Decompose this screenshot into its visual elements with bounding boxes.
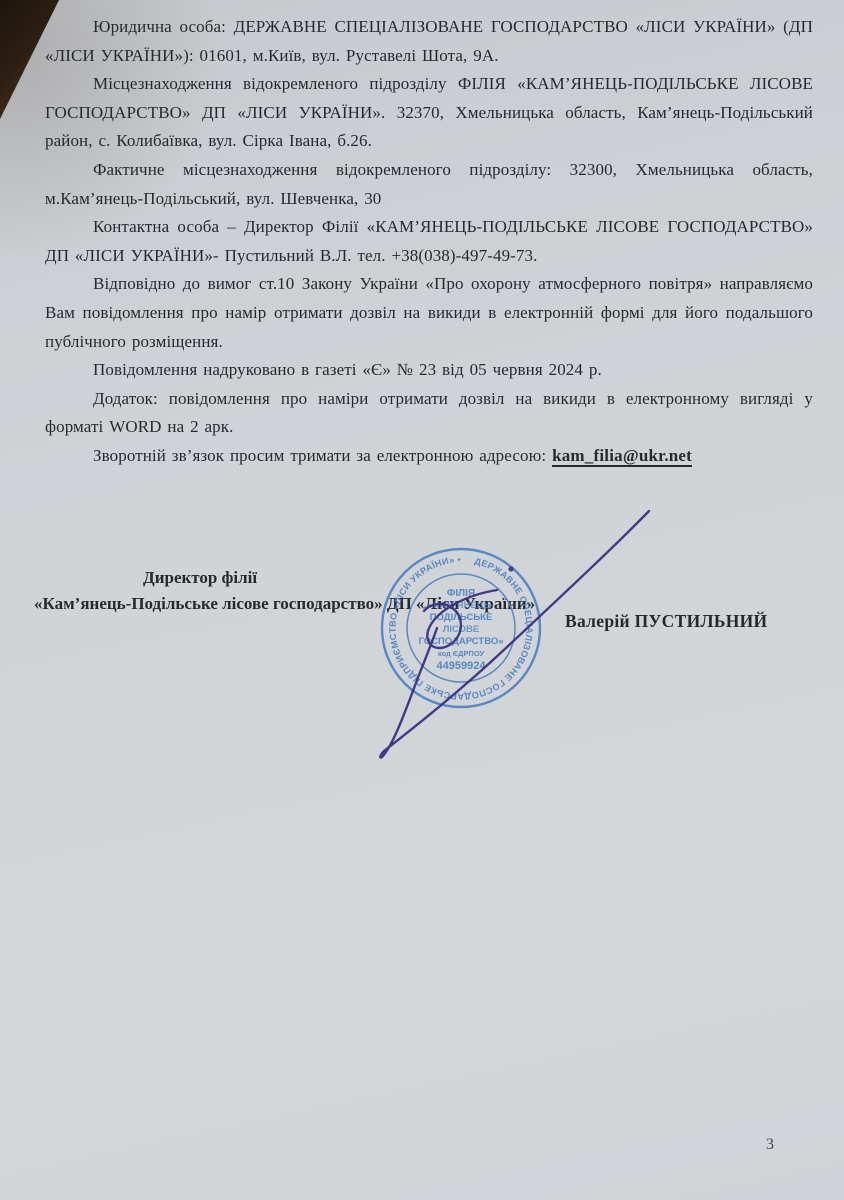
feedback-text: Зворотній зв’язок просим тримати за елек… bbox=[93, 446, 552, 465]
document-photo: Юридична особа: ДЕРЖАВНЕ СПЕЦІАЛІЗОВАНЕ … bbox=[0, 0, 844, 1200]
paragraph-newspaper-notice: Повідомлення надруковано в газеті «Є» № … bbox=[45, 356, 813, 385]
stamp-center-line: ФІЛІЯ bbox=[447, 588, 475, 599]
paragraph-legal-entity: Юридична особа: ДЕРЖАВНЕ СПЕЦІАЛІЗОВАНЕ … bbox=[45, 13, 813, 70]
page-number: 3 bbox=[766, 1136, 774, 1154]
paragraph-branch-location: Місцезнаходження відокремленого підрозді… bbox=[45, 70, 813, 156]
paragraph-attachment: Додаток: повідомлення про наміри отримат… bbox=[45, 385, 813, 442]
stamp-edrpou-number: 44959924 bbox=[437, 660, 487, 672]
stamp-center-line: ПОДІЛЬСЬКЕ bbox=[430, 612, 493, 623]
stamp-edrpou-label: код ЄДРПОУ bbox=[438, 649, 485, 658]
signer-name: Валерій ПУСТИЛЬНИЙ bbox=[565, 611, 767, 632]
paragraph-actual-location: Фактичне місцезнаходження відокремленого… bbox=[45, 156, 813, 213]
stamp-center-line: ЛІСОВЕ bbox=[443, 624, 480, 635]
paragraph-law-reference: Відповідно до вимог ст.10 Закону України… bbox=[45, 270, 813, 356]
document-body: Юридична особа: ДЕРЖАВНЕ СПЕЦІАЛІЗОВАНЕ … bbox=[45, 13, 813, 471]
stamp-center-line: «КАМ’ЯНЕЦЬ- bbox=[428, 600, 493, 611]
email-address: kam_filia@ukr.net bbox=[552, 446, 692, 467]
official-stamp: ДЕРЖАВНЕ СПЕЦІАЛІЗОВАНЕ ГОСПОДАРСЬКЕ ПІД… bbox=[376, 543, 546, 713]
stamp-center-line: ГОСПОДАРСТВО» bbox=[418, 636, 503, 647]
paragraph-feedback: Зворотній зв’язок просим тримати за елек… bbox=[45, 442, 813, 471]
paragraph-contact-person: Контактна особа – Директор Філії «КАМ’ЯН… bbox=[45, 213, 813, 270]
